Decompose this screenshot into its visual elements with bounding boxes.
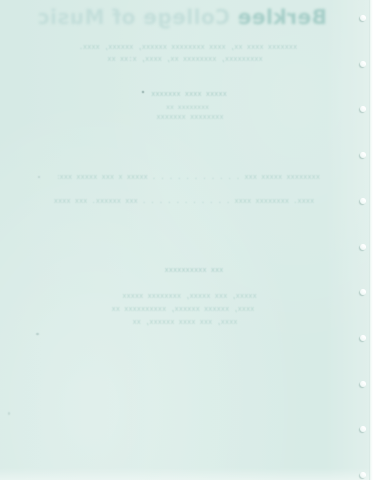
bleedthrough-title-college-of-music: College of Music xyxy=(37,5,237,29)
bleedthrough-line: xxxxx, xxx xxxxx, xxxxxxxx xxxxx xyxy=(111,294,268,301)
punch-hole xyxy=(360,244,366,250)
scan-speck xyxy=(38,176,40,178)
bleedthrough-line: xxxxxxxx xxxxxxx xyxy=(149,115,231,122)
punch-hole xyxy=(360,472,366,478)
punch-hole xyxy=(360,381,366,387)
punch-hole xyxy=(360,289,366,295)
bleedthrough-line: xxxxxxx xxxx xx, xxxx xxxxxxxx xxxxxx, x… xyxy=(74,45,302,52)
punch-hole xyxy=(360,335,366,341)
punch-hole xyxy=(360,198,366,204)
bleedthrough-line: xxxxxxxx xx xyxy=(164,104,211,111)
scan-speck xyxy=(142,91,144,93)
punch-hole xyxy=(360,106,366,112)
bleedthrough-line: xxx xxxxxxxxxx xyxy=(154,268,234,275)
paper-bottom-edge xyxy=(0,468,369,480)
paper-right-edge xyxy=(369,0,373,480)
bleedthrough-title-berklee: Berklee xyxy=(237,5,326,29)
punch-hole xyxy=(360,426,366,432)
bleedthrough-line: xxxxx xxxx xxxxxxx xyxy=(137,92,241,99)
punch-hole xyxy=(360,15,366,21)
scanned-program-page: Berklee College of Music xxxxxxx xxxx xx… xyxy=(0,0,373,480)
bleedthrough-line: xxxx, xxx xxxx xxxxxx, xx xyxy=(119,320,251,327)
punch-hole xyxy=(360,61,366,67)
bleedthrough-line: xxxx, xxxxxx xxxxxx, xxxxxxxxxx xx xyxy=(106,307,260,314)
bleedthrough-title: Berklee College of Music xyxy=(33,5,331,33)
scan-speck xyxy=(8,412,10,415)
bleedthrough-line: xxxx. xxxxxxxx xxxx . . . . . . . . . . … xyxy=(47,199,321,206)
bleedthrough-line: xxxxxxxxx, xxxxxxxx xx, xxxx, x:xx xx xyxy=(104,57,266,64)
paper-sheet xyxy=(0,0,370,480)
punch-hole xyxy=(360,152,366,158)
scan-speck xyxy=(36,333,39,335)
bleedthrough-line: xxxxxxxx xxxxx xxx . . . . . . . . . . .… xyxy=(58,175,320,182)
